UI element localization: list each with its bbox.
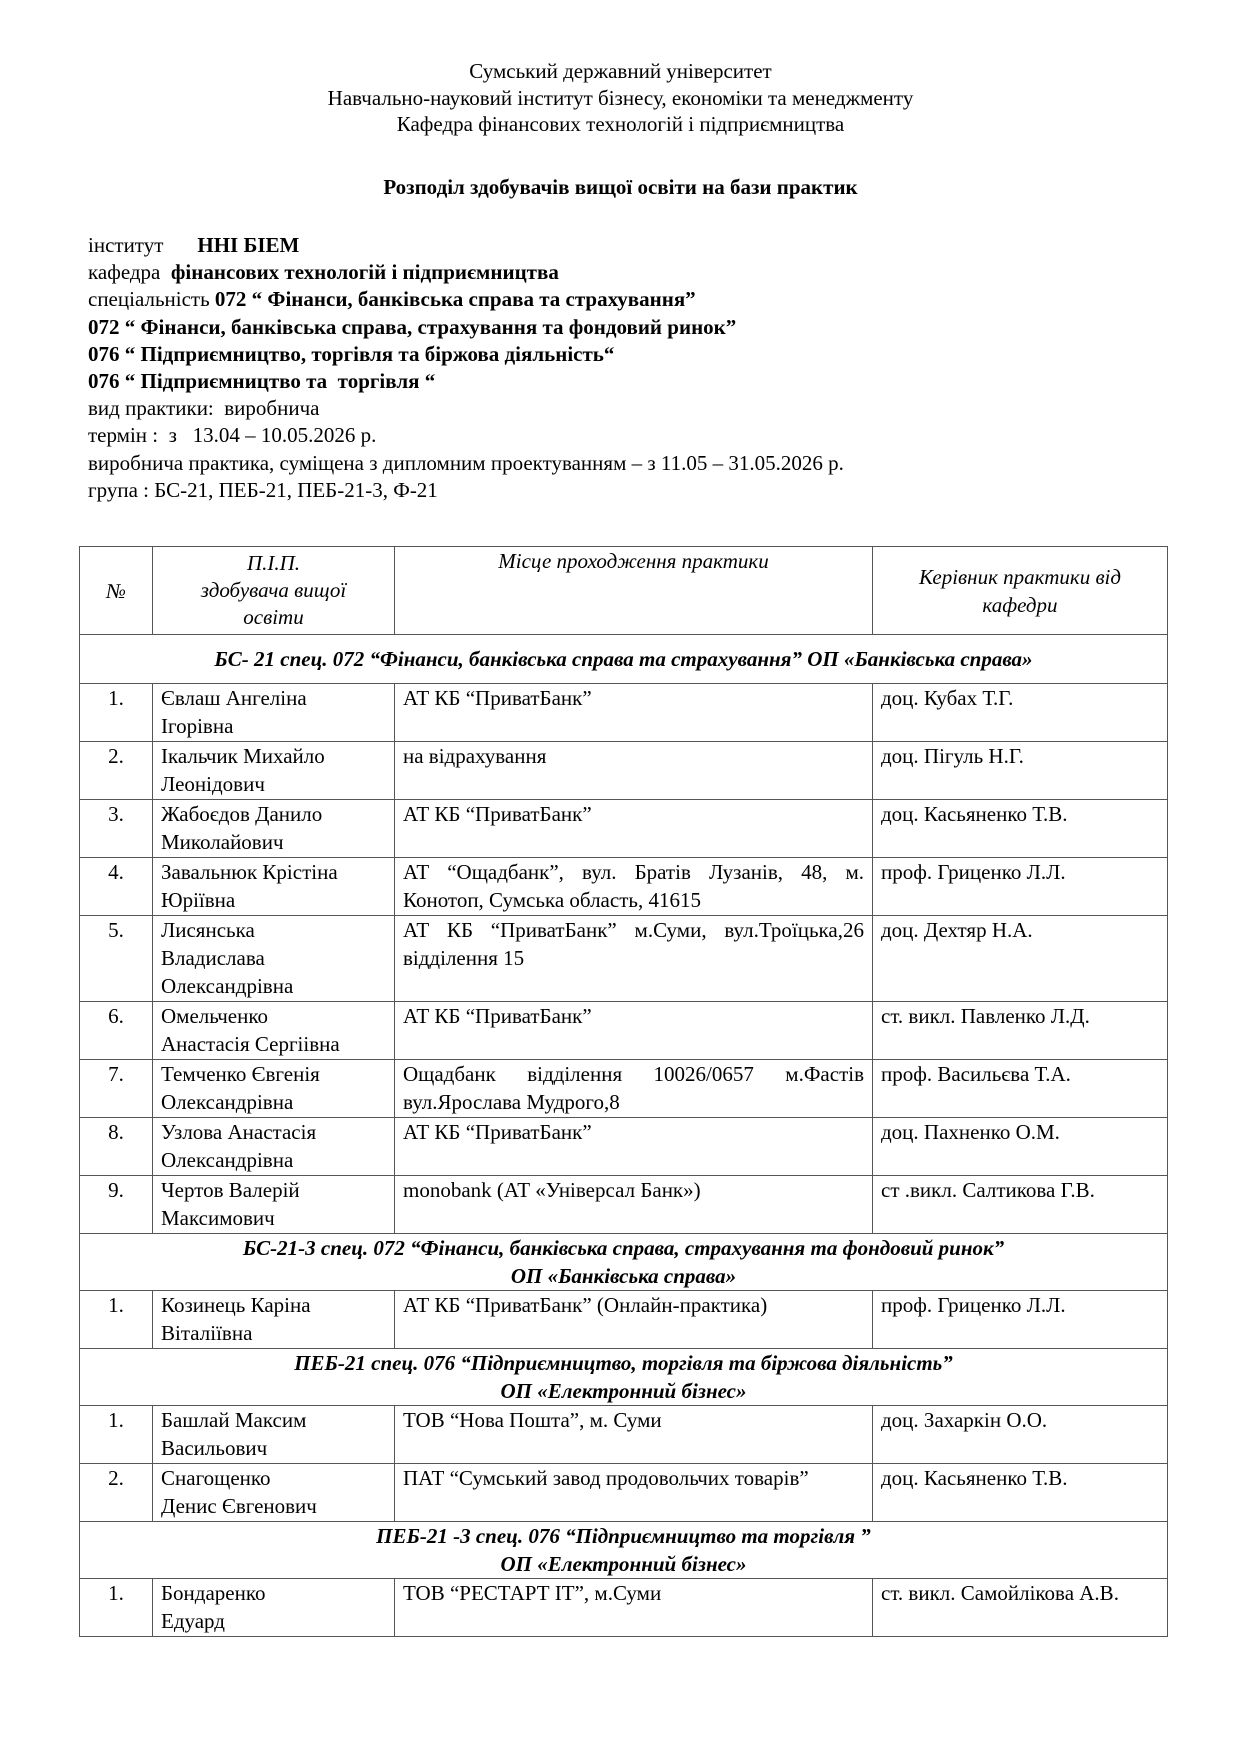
- meta-specialty-4: 076 “ Підприємництво та торгівля “: [88, 368, 844, 395]
- supervisor: проф. Васильєва Т.А.: [873, 1060, 1168, 1118]
- practice-place: АТ КБ “ПриватБанк” (Онлайн-практика): [395, 1291, 873, 1349]
- table-row: 1.Євлаш АнгелінаІгорівнаАТ КБ “ПриватБан…: [80, 684, 1168, 742]
- header-name-line-1: П.І.П.: [161, 550, 386, 577]
- table-row: 8.Узлова АнастасіяОлександрівнаАТ КБ “Пр…: [80, 1118, 1168, 1176]
- section-header-row: ПЕБ-21 -3 спец. 076 “Підприємництво та т…: [80, 1522, 1168, 1579]
- section-title-line-1: ПЕБ-21 спец. 076 “Підприємництво, торгів…: [88, 1349, 1159, 1377]
- student-name-line: Бондаренко: [161, 1579, 386, 1607]
- student-name-line: Анастасія Сергіівна: [161, 1030, 386, 1058]
- meta-combined-practice: виробнича практика, суміщена з дипломним…: [88, 450, 844, 477]
- header-name-line-2: здобувача вищої: [161, 577, 386, 604]
- meta-groups: група : БС-21, ПЕБ-21, ПЕБ-21-3, Ф-21: [88, 477, 844, 504]
- row-number: 5.: [80, 916, 153, 1002]
- section-title-line-2: ОП «Електронний бізнес»: [88, 1377, 1159, 1405]
- row-number: 3.: [80, 800, 153, 858]
- student-name: Темченко ЄвгеніяОлександрівна: [153, 1060, 395, 1118]
- supervisor: проф. Гриценко Л.Л.: [873, 1291, 1168, 1349]
- student-name-line: Віталіївна: [161, 1319, 386, 1347]
- row-number: 7.: [80, 1060, 153, 1118]
- department-value: фінансових технологій і підприємництва: [171, 260, 559, 284]
- student-name-line: Козинець Каріна: [161, 1291, 386, 1319]
- student-name: ЛисянськаВладиславаОлександрівна: [153, 916, 395, 1002]
- section-title-line-1: ПЕБ-21 -3 спец. 076 “Підприємництво та т…: [88, 1522, 1159, 1550]
- table-row: 9.Чертов ВалерійМаксимовичmonobank (АТ «…: [80, 1176, 1168, 1234]
- student-name-line: Миколайович: [161, 828, 386, 856]
- row-number: 6.: [80, 1002, 153, 1060]
- row-number: 1.: [80, 1406, 153, 1464]
- table-row: 3.Жабоєдов ДанилоМиколайовичАТ КБ “Прива…: [80, 800, 1168, 858]
- student-name: Жабоєдов ДанилоМиколайович: [153, 800, 395, 858]
- specialty-2: 072 “ Фінанси, банківська справа, страху…: [88, 315, 736, 339]
- student-name-line: Олександрівна: [161, 1146, 386, 1174]
- student-name: Козинець КарінаВіталіївна: [153, 1291, 395, 1349]
- distribution-table: № П.І.П. здобувача вищої освіти Місце пр…: [79, 546, 1168, 1637]
- student-name-line: Едуард: [161, 1607, 386, 1635]
- student-name: Ікальчик МихайлоЛеонідович: [153, 742, 395, 800]
- specialty-3: 076 “ Підприємництво, торгівля та біржов…: [88, 342, 614, 366]
- student-name-line: Леонідович: [161, 770, 386, 798]
- student-name-line: Васильович: [161, 1434, 386, 1462]
- practice-place: АТ КБ “ПриватБанк” м.Суми, вул.Троїцька,…: [395, 916, 873, 1002]
- table-header-row: № П.І.П. здобувача вищої освіти Місце пр…: [80, 547, 1168, 635]
- specialty-1: 072 “ Фінанси, банківська справа та стра…: [215, 287, 696, 311]
- supervisor: ст .викл. Салтикова Г.В.: [873, 1176, 1168, 1234]
- header-practice-place: Місце проходження практики: [395, 547, 873, 635]
- table-row: 6.ОмельченкоАнастасія СергіівнаАТ КБ “Пр…: [80, 1002, 1168, 1060]
- supervisor: доц. Захаркін О.О.: [873, 1406, 1168, 1464]
- table-row: 1.Козинець КарінаВіталіївнаАТ КБ “Приват…: [80, 1291, 1168, 1349]
- practice-place: АТ КБ “ПриватБанк”: [395, 1118, 873, 1176]
- university-name: Сумський державний університет: [0, 58, 1241, 85]
- student-name-line: Лисянська: [161, 916, 386, 944]
- student-name-line: Завальнюк Крістіна: [161, 858, 386, 886]
- header-supervisor-line-2: кафедри: [881, 591, 1159, 619]
- header-number: №: [80, 547, 153, 635]
- student-name-line: Омельченко: [161, 1002, 386, 1030]
- practice-place: ТОВ “Нова Пошта”, м. Суми: [395, 1406, 873, 1464]
- student-name: Чертов ВалерійМаксимович: [153, 1176, 395, 1234]
- table-row: 1.БондаренкоЕдуардТОВ “РЕСТАРТ IT”, м.Су…: [80, 1579, 1168, 1637]
- table-row: 5.ЛисянськаВладиславаОлександрівнаАТ КБ …: [80, 916, 1168, 1002]
- section-title-line-2: ОП «Банківська справа»: [88, 1262, 1159, 1290]
- specialty-4: 076 “ Підприємництво та торгівля “: [88, 369, 435, 393]
- practice-place: на відрахування: [395, 742, 873, 800]
- department-label: кафедра: [88, 260, 160, 284]
- practice-place: ПАТ “Сумський завод продовольчих товарів…: [395, 1464, 873, 1522]
- student-name-line: Снагощенко: [161, 1464, 386, 1492]
- meta-specialty-1: спеціальність 072 “ Фінанси, банківська …: [88, 286, 844, 313]
- student-name: Башлай МаксимВасильович: [153, 1406, 395, 1464]
- section-title: БС- 21 спец. 072 “Фінанси, банківська сп…: [80, 635, 1168, 684]
- section-title: ПЕБ-21 спец. 076 “Підприємництво, торгів…: [80, 1349, 1168, 1406]
- practice-place: ТОВ “РЕСТАРТ IT”, м.Суми: [395, 1579, 873, 1637]
- institute-label: інститут: [88, 233, 163, 257]
- header-supervisor-line-1: Керівник практики від: [881, 563, 1159, 591]
- header-student-name: П.І.П. здобувача вищої освіти: [153, 547, 395, 635]
- student-name: Завальнюк КрістінаЮріївна: [153, 858, 395, 916]
- row-number: 1.: [80, 684, 153, 742]
- supervisor: доц. Пігуль Н.Г.: [873, 742, 1168, 800]
- section-title: БС-21-3 спец. 072 “Фінанси, банківська с…: [80, 1234, 1168, 1291]
- practice-place: АТ КБ “ПриватБанк”: [395, 1002, 873, 1060]
- table-row: 2.Ікальчик МихайлоЛеонідовична відрахува…: [80, 742, 1168, 800]
- section-title-line-2: ОП «Електронний бізнес»: [88, 1550, 1159, 1578]
- student-name-line: Владислава: [161, 944, 386, 972]
- specialty-label: спеціальність: [88, 287, 210, 311]
- student-name-line: Євлаш Ангеліна: [161, 684, 386, 712]
- row-number: 2.: [80, 742, 153, 800]
- table-row: 2.СнагощенкоДенис ЄвгеновичПАТ “Сумський…: [80, 1464, 1168, 1522]
- student-name-line: Максимович: [161, 1204, 386, 1232]
- supervisor: доц. Кубах Т.Г.: [873, 684, 1168, 742]
- table-body: БС- 21 спец. 072 “Фінанси, банківська сп…: [80, 635, 1168, 1637]
- student-name-line: Денис Євгенович: [161, 1492, 386, 1520]
- header-supervisor: Керівник практики від кафедри: [873, 547, 1168, 635]
- document-title: Розподіл здобувачів вищої освіти на бази…: [0, 175, 1241, 200]
- table-row: 4.Завальнюк КрістінаЮріївнаАТ “Ощадбанк”…: [80, 858, 1168, 916]
- institute-value: ННІ БІЕМ: [197, 233, 299, 257]
- table-row: 1.Башлай МаксимВасильовичТОВ “Нова Пошта…: [80, 1406, 1168, 1464]
- row-number: 9.: [80, 1176, 153, 1234]
- student-name-line: Олександрівна: [161, 972, 386, 1000]
- institute-name: Навчально-науковий інститут бізнесу, еко…: [0, 85, 1241, 112]
- section-header-row: ПЕБ-21 спец. 076 “Підприємництво, торгів…: [80, 1349, 1168, 1406]
- row-number: 1.: [80, 1579, 153, 1637]
- document-header: Сумський державний університет Навчально…: [0, 58, 1241, 138]
- practice-place: АТ КБ “ПриватБанк”: [395, 684, 873, 742]
- section-title-line-1: БС-21-3 спец. 072 “Фінанси, банківська с…: [88, 1234, 1159, 1262]
- supervisor: ст. викл. Самойлікова А.В.: [873, 1579, 1168, 1637]
- meta-department: кафедра фінансових технологій і підприєм…: [88, 259, 844, 286]
- department-name: Кафедра фінансових технологій і підприєм…: [0, 111, 1241, 138]
- meta-practice-type: вид практики: виробнича: [88, 395, 844, 422]
- section-header-row: БС-21-3 спец. 072 “Фінанси, банківська с…: [80, 1234, 1168, 1291]
- meta-specialty-2: 072 “ Фінанси, банківська справа, страху…: [88, 314, 844, 341]
- practice-place: monobank (АТ «Універсал Банк»): [395, 1176, 873, 1234]
- student-name-line: Ікальчик Михайло: [161, 742, 386, 770]
- student-name: Євлаш АнгелінаІгорівна: [153, 684, 395, 742]
- row-number: 1.: [80, 1291, 153, 1349]
- student-name: СнагощенкоДенис Євгенович: [153, 1464, 395, 1522]
- section-title-line-1: БС- 21 спец. 072 “Фінанси, банківська сп…: [88, 645, 1159, 673]
- section-title: ПЕБ-21 -3 спец. 076 “Підприємництво та т…: [80, 1522, 1168, 1579]
- meta-term: термін : з 13.04 – 10.05.2026 р.: [88, 422, 844, 449]
- meta-institute: інститутННІ БІЕМ: [88, 232, 844, 259]
- meta-specialty-3: 076 “ Підприємництво, торгівля та біржов…: [88, 341, 844, 368]
- student-name-line: Башлай Максим: [161, 1406, 386, 1434]
- supervisor: проф. Гриценко Л.Л.: [873, 858, 1168, 916]
- student-name: ОмельченкоАнастасія Сергіівна: [153, 1002, 395, 1060]
- supervisor: доц. Касьяненко Т.В.: [873, 1464, 1168, 1522]
- practice-place: АТ КБ “ПриватБанк”: [395, 800, 873, 858]
- supervisor: ст. викл. Павленко Л.Д.: [873, 1002, 1168, 1060]
- row-number: 2.: [80, 1464, 153, 1522]
- header-name-line-3: освіти: [161, 604, 386, 631]
- student-name: Узлова АнастасіяОлександрівна: [153, 1118, 395, 1176]
- practice-place: Ощадбанк відділення 10026/0657 м.Фастів …: [395, 1060, 873, 1118]
- student-name-line: Ігорівна: [161, 712, 386, 740]
- student-name-line: Юріївна: [161, 886, 386, 914]
- section-header-row: БС- 21 спец. 072 “Фінанси, банківська сп…: [80, 635, 1168, 684]
- student-name-line: Узлова Анастасія: [161, 1118, 386, 1146]
- row-number: 8.: [80, 1118, 153, 1176]
- supervisor: доц. Пахненко О.М.: [873, 1118, 1168, 1176]
- student-name-line: Олександрівна: [161, 1088, 386, 1116]
- supervisor: доц. Касьяненко Т.В.: [873, 800, 1168, 858]
- student-name: БондаренкоЕдуард: [153, 1579, 395, 1637]
- student-name-line: Темченко Євгенія: [161, 1060, 386, 1088]
- student-name-line: Жабоєдов Данило: [161, 800, 386, 828]
- table-row: 7.Темченко ЄвгеніяОлександрівнаОщадбанк …: [80, 1060, 1168, 1118]
- practice-place: АТ “Ощадбанк”, вул. Братів Лузанів, 48, …: [395, 858, 873, 916]
- supervisor: доц. Дехтяр Н.А.: [873, 916, 1168, 1002]
- row-number: 4.: [80, 858, 153, 916]
- document-meta: інститутННІ БІЕМ кафедра фінансових техн…: [88, 232, 844, 504]
- student-name-line: Чертов Валерій: [161, 1176, 386, 1204]
